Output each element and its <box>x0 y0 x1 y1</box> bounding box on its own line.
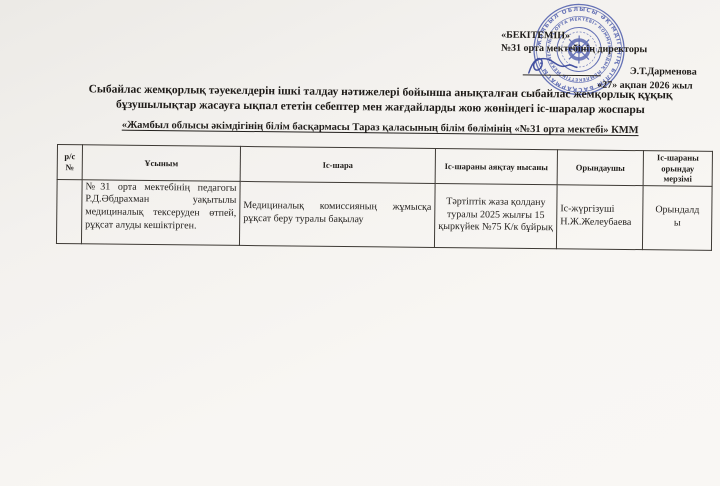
document-title: Сыбайлас жемқорлық тәуекелдерін ішкі тал… <box>55 82 705 119</box>
document-subtitle: «Жамбыл облысы әкімдігінің білім басқарм… <box>55 118 705 138</box>
cell-executor: Іс-жүргізуші Н.Ж.Желеубаева <box>556 184 643 249</box>
cell-recommendation: №31 орта мектебінің педагогы Р.Д.Әбдрахм… <box>81 179 240 245</box>
cell-action: Медициналық комиссияның жұмысқа рұқсат б… <box>239 181 435 247</box>
header-action: Іс-шара <box>240 146 435 183</box>
cell-status: Орындалды <box>642 185 712 250</box>
cell-row-number <box>56 179 82 243</box>
header-row-number: р/с № <box>57 145 82 180</box>
header-deadline: Іс-шараны орындау мерзімі <box>643 151 712 186</box>
header-recommendation: Ұсыным <box>82 145 240 181</box>
action-plan-table: р/с № Ұсыным Іс-шара Іс-шараны аяқтау ны… <box>56 144 713 250</box>
header-completion-form: Іс-шараны аяқтау нысаны <box>435 148 557 184</box>
cell-completion-form: Тәртіптік жаза қолдану туралы 2025 жылғы… <box>434 183 557 248</box>
director-signature-icon <box>521 52 607 81</box>
table-row: №31 орта мектебінің педагогы Р.Д.Әбдрахм… <box>56 179 712 250</box>
status-text: Орындалды <box>653 205 701 231</box>
scanned-document-sheet: ЖАМБЫЛ ОБЛЫСЫ ӘКІМДІГІНІҢ БІЛІМ БАСҚАРМА… <box>0 0 720 486</box>
title-block: Сыбайлас жемқорлық тәуекелдерін ішкі тал… <box>55 82 705 138</box>
director-name: Э.Т.Дарменова <box>630 65 697 79</box>
header-executor: Орындаушы <box>557 150 643 185</box>
